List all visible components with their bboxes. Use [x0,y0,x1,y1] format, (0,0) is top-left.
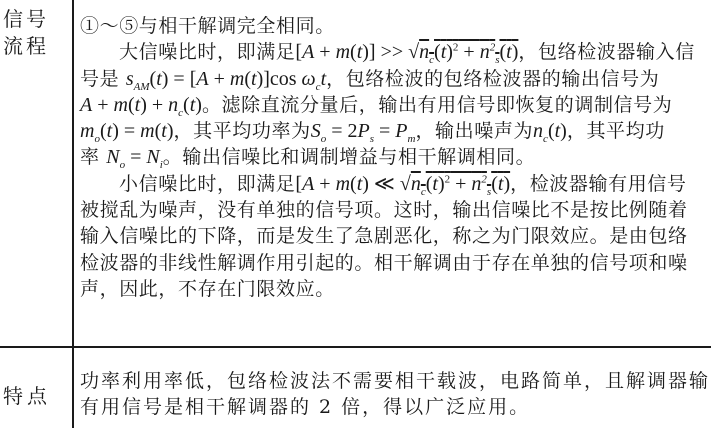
text-line: 输入信噪比的下降，而是发生了急剧恶化，称之为门限效应。是由包络 [80,223,710,249]
text-line: 率 No = Ni。输出信噪比和调制增益与相干解调相同。 [80,144,710,170]
text-line: 声，因此，不存在门限效应。 [80,276,710,302]
text-segment: ，包络检波器输入信 [518,41,694,63]
text-segment: ，输出噪声为 [415,120,533,142]
text-line: 大信噪比时，即满足[A + m(t)] >> √nc(t)2 + n2s(t)，… [80,39,710,65]
text-segment: ，包络检波的包络检波器的输出信号为 [326,68,659,90]
table-vertical-divider [72,0,74,428]
math-formula: So = 2Ps = Pm [311,120,416,142]
text-segment: 大信噪比时，即满足 [119,41,295,63]
features-content: 功率利用率低，包络检波法不需要相干载波，电路简单，且解调器输出 有用信号是相干解… [80,368,710,421]
text-line: 小信噪比时，即满足[A + m(t) ≪ √nc(t)2 + n2s(t)，检波… [80,171,710,197]
text-segment: 小信噪比时，即满足 [119,173,295,195]
text-line: 号是 sAM(t) = [A + m(t)]cos ωct，包络检波的包络检波器… [80,66,710,92]
math-formula: [A + m(t)] >> √nc(t)2 + n2s(t) [295,41,518,63]
text-line: 检波器的非线性解调作用引起的。相干解调由于存在单独的信号项和噪 [80,250,710,276]
text-segment: 率 [80,146,100,168]
math-formula: A + m(t) + nc(t) [80,94,202,116]
text-line: mo(t) = m(t)，其平均功率为So = 2Ps = Pm，输出噪声为nc… [80,118,710,144]
table-horizontal-divider [0,346,711,348]
math-formula: mo(t) = m(t) [80,120,174,142]
text-segment: 号是 [80,68,119,90]
text-line: ①～⑤与相干解调完全相同。 [80,13,710,39]
text-segment: ，其平均功 [567,120,665,142]
math-formula: sAM(t) = [A + m(t)]cos ωct [126,68,326,90]
text-line: 有用信号是相干解调器的 2 倍，得以广泛应用。 [80,394,710,420]
row-label-signal-flow: 信号流程 [3,6,69,60]
math-formula: nc(t) [533,120,567,142]
math-formula: [A + m(t) ≪ √nc(t)2 + n2s(t) [295,173,510,195]
row-label-features: 特点 [3,383,69,410]
text-segment: 。输出信噪比和调制增益与相干解调相同。 [163,146,535,168]
text-line: 被搅乱为噪声，没有单独的信号项。这时，输出信噪比不是按比例随着 [80,197,710,223]
text-segment: ，其平均功率为 [174,120,311,142]
math-formula: No = Ni [106,146,163,168]
text-segment: 。滤除直流分量后，输出有用信号即恢复的调制信号为 [202,94,672,116]
text-segment: ①～⑤与相干解调完全相同。 [80,15,335,37]
text-line: A + m(t) + nc(t)。滤除直流分量后，输出有用信号即恢复的调制信号为 [80,92,710,118]
text-line: 功率利用率低，包络检波法不需要相干载波，电路简单，且解调器输出 [80,368,710,394]
signal-flow-content: ①～⑤与相干解调完全相同。 大信噪比时，即满足[A + m(t)] >> √nc… [80,13,710,302]
text-segment: ，检波器输有用信号 [510,173,686,195]
